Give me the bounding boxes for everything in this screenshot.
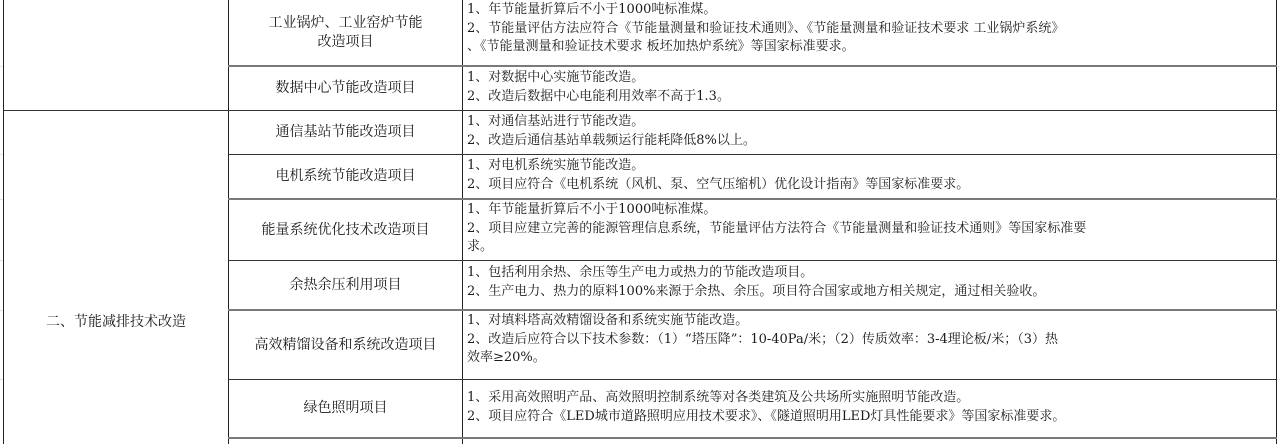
requirement-line: 求。 (467, 238, 1272, 257)
requirement-line: 2、项目应符合《LED城市道路照明应用技术要求》、《隧道照明用LED灯具性能要求… (467, 408, 1272, 427)
requirements-cell-partial[interactable] (463, 439, 1276, 444)
requirement-line: 2、项目应建立完善的能源管理信息系统，节能量评估方法符合《节能量测量和验证技术通… (467, 220, 1272, 239)
project-name: 能量系统优化技术改造项目 (262, 221, 430, 240)
category-label: 二、节能减排技术改造 (4, 313, 228, 332)
requirement-line: 1、年节能量折算后不小于1000吨标准煤。 (467, 1, 1272, 20)
project-name-cell[interactable]: 电机系统节能改造项目 (229, 155, 462, 198)
requirements-cell[interactable]: 1、对通信基站进行节能改造。 2、改造后通信基站单载频运行能耗降低8%以上。 (463, 111, 1276, 154)
project-name-cell[interactable]: 绿色照明项目 (229, 380, 462, 437)
requirement-line: 2、改造后数据中心电能利用效率不高于1.3。 (467, 88, 1272, 107)
project-name-line: 工业锅炉、工业窑炉节能 (269, 14, 423, 33)
requirement-line: 1、采用高效照明产品、高效照明控制系统等对各类建筑及公共场所实施照明节能改造。 (467, 389, 1272, 408)
requirement-line: 1、年节能量折算后不小于1000吨标准煤。 (467, 201, 1272, 220)
spreadsheet-table: 二、节能减排技术改造 工业锅炉、工业窑炉节能 改造项目 1、年节能量折算后不小于… (0, 0, 1280, 444)
requirement-line: 2、节能量评估方法应符合《节能量测量和验证技术通则》、《节能量测量和验证技术要求… (467, 20, 1272, 39)
requirement-line: 2、改造后通信基站单载频运行能耗降低8%以上。 (467, 132, 1272, 151)
project-name-cell[interactable]: 数据中心节能改造项目 (229, 67, 462, 110)
project-name: 通信基站节能改造项目 (276, 123, 416, 142)
project-name: 电机系统节能改造项目 (276, 167, 416, 186)
project-name-cell[interactable]: 通信基站节能改造项目 (229, 111, 462, 154)
project-name-line: 改造项目 (318, 33, 374, 52)
requirement-line: 1、对电机系统实施节能改造。 (467, 157, 1272, 176)
requirements-cell[interactable]: 1、采用高效照明产品、高效照明控制系统等对各类建筑及公共场所实施照明节能改造。 … (463, 380, 1276, 437)
project-name-cell[interactable]: 能量系统优化技术改造项目 (229, 200, 462, 260)
requirement-line: 2、改造后应符合以下技术参数：（1）“塔压降”：10-40Pa/米；（2）传质效… (467, 331, 1272, 350)
requirement-line: 2、生产电力、热力的原料100%来源于余热、余压。项目符合国家或地方相关规定，通… (467, 283, 1272, 302)
requirement-line: 1、对通信基站进行节能改造。 (467, 113, 1272, 132)
project-name-cell[interactable]: 工业锅炉、工业窑炉节能 改造项目 (229, 0, 462, 65)
requirements-cell[interactable]: 1、对填料塔高效精馏设备和系统实施节能改造。 2、改造后应符合以下技术参数：（1… (463, 311, 1276, 379)
project-name: 余热余压利用项目 (290, 276, 402, 295)
requirement-line: 1、对数据中心实施节能改造。 (467, 69, 1272, 88)
requirements-cell[interactable]: 1、年节能量折算后不小于1000吨标准煤。 2、节能量评估方法应符合《节能量测量… (463, 0, 1276, 65)
project-name-cell[interactable]: 高效精馏设备和系统改造项目 (229, 311, 462, 379)
requirement-line: 2、项目应符合《电机系统（风机、泵、空气压缩机）优化设计指南》等国家标准要求。 (467, 176, 1272, 195)
requirement-line: 、《节能量测量和验证技术要求 板坯加热炉系统》等国家标准要求。 (467, 38, 1272, 57)
project-name-cell-partial[interactable] (229, 439, 462, 444)
project-name: 高效精馏设备和系统改造项目 (255, 336, 437, 355)
requirements-cell[interactable]: 1、年节能量折算后不小于1000吨标准煤。 2、项目应建立完善的能源管理信息系统… (463, 200, 1276, 260)
requirements-cell[interactable]: 1、对电机系统实施节能改造。 2、项目应符合《电机系统（风机、泵、空气压缩机）优… (463, 155, 1276, 198)
requirement-line: 1、包括利用余热、余压等生产电力或热力的节能改造项目。 (467, 264, 1272, 283)
project-name: 绿色照明项目 (304, 399, 388, 418)
category-cell[interactable]: 二、节能减排技术改造 (4, 111, 228, 444)
project-name: 数据中心节能改造项目 (276, 79, 416, 98)
requirements-cell[interactable]: 1、对数据中心实施节能改造。 2、改造后数据中心电能利用效率不高于1.3。 (463, 67, 1276, 110)
requirements-cell[interactable]: 1、包括利用余热、余压等生产电力或热力的节能改造项目。 2、生产电力、热力的原料… (463, 261, 1276, 309)
requirement-line: 效率≥20%。 (467, 349, 1272, 368)
requirement-line: 1、对填料塔高效精馏设备和系统实施节能改造。 (467, 312, 1272, 331)
project-name-cell[interactable]: 余热余压利用项目 (229, 261, 462, 309)
